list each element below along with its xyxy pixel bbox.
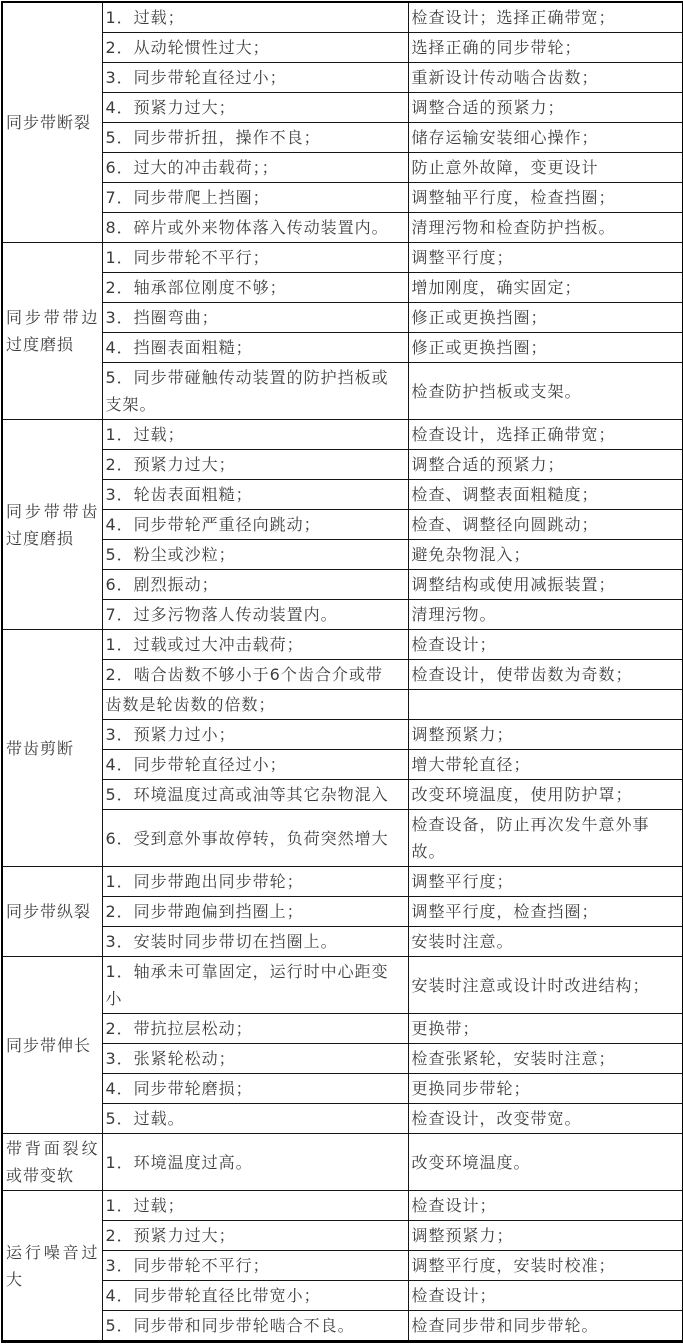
table-row: 4．挡圈表面粗糙；修正或更换挡圈； [2, 333, 683, 363]
remedy-cell: 检查设计，使带齿数为奇数； [408, 660, 683, 690]
remedy-cell: 改变环境温度，使用防护罩； [408, 780, 683, 810]
remedy-cell: 避免杂物混入； [408, 540, 683, 570]
remedy-cell: 更换带； [408, 1014, 683, 1044]
remedy-cell: 储存运输安装细心操作； [408, 123, 683, 153]
table-row: 5．过载。检查设计，改变带宽。 [2, 1104, 683, 1134]
table-row: 5．同步带和同步带轮啮合不良。检查同步带和同步带轮。 [2, 1311, 683, 1342]
remedy-cell: 修正或更换挡圈； [408, 333, 683, 363]
cause-cell: 2．同步带跑偏到挡圈上； [102, 897, 408, 927]
cause-cell: 4．预紧力过大； [102, 93, 408, 123]
table-row: 5．环境温度过高或油等其它杂物混入改变环境温度，使用防护罩； [2, 780, 683, 810]
table-row: 齿数是轮齿数的倍数； [2, 690, 683, 720]
remedy-cell: 检查设备，防止再次发牛意外事故。 [408, 810, 683, 867]
table-row: 6．剧烈振动；调整结构或使用减振装置； [2, 570, 683, 600]
table-row: 4．预紧力过大；调整合适的预紧力； [2, 93, 683, 123]
cause-cell: 2．预紧力过大； [102, 450, 408, 480]
cause-cell: 4．挡圈表面粗糙； [102, 333, 408, 363]
cause-cell: 5．同步带和同步带轮啮合不良。 [102, 1311, 408, 1342]
fault-mode-label: 带齿剪断 [2, 630, 102, 867]
cause-cell: 3．挡圈弯曲； [102, 303, 408, 333]
remedy-cell: 选择正确的同步带轮； [408, 33, 683, 63]
cause-cell: 3．同步带轮不平行； [102, 1251, 408, 1281]
table-row: 7．同步带爬上挡圈；调整轴平行度，检查挡圈； [2, 183, 683, 213]
remedy-cell: 检查、调整径向圆跳动； [408, 510, 683, 540]
remedy-cell: 调整预紧力； [408, 1221, 683, 1251]
cause-cell: 8．碎片或外来物体落入传动装置内。 [102, 213, 408, 243]
remedy-cell: 检查同步带和同步带轮。 [408, 1311, 683, 1342]
remedy-cell: 重新设计传动啮合齿数； [408, 63, 683, 93]
cause-cell: 5．同步带碰触传动装置的防护挡板或支架。 [102, 363, 408, 420]
remedy-cell: 改变环境温度。 [408, 1134, 683, 1191]
table-row: 6．过大的冲击载荷；；防止意外故障，变更设计 [2, 153, 683, 183]
table-row: 4．同步带轮严重径向跳动；检查、调整径向圆跳动； [2, 510, 683, 540]
remedy-cell: 调整合适的预紧力； [408, 93, 683, 123]
table-row: 4．同步带轮磨损；更换同步带轮； [2, 1074, 683, 1104]
remedy-cell: 调整平行度，检查挡圈； [408, 897, 683, 927]
cause-cell: 3．同步带轮直径过小； [102, 63, 408, 93]
cause-cell: 3．安装时同步带切在挡圈上。 [102, 927, 408, 957]
table-row: 2．预紧力过大；调整合适的预紧力； [2, 450, 683, 480]
table-row: 3．预紧力过小；调整预紧力； [2, 720, 683, 750]
table-row: 5．同步带折扭，操作不良；储存运输安装细心操作； [2, 123, 683, 153]
remedy-cell: 增大带轮直径； [408, 750, 683, 780]
remedy-cell: 安装时注意或设计时改进结构； [408, 957, 683, 1014]
remedy-cell: 清理污物。 [408, 600, 683, 630]
cause-cell: 5．过载。 [102, 1104, 408, 1134]
remedy-cell: 调整合适的预紧力； [408, 450, 683, 480]
cause-cell: 2．带抗拉层松动； [102, 1014, 408, 1044]
fault-mode-label: 同步带带齿过度磨损 [2, 420, 102, 630]
remedy-cell: 调整轴平行度，检查挡圈； [408, 183, 683, 213]
fault-table-body: 同步带断裂1．过载；检查设计；选择正确带宽；2．从动轮惯性过大；选择正确的同步带… [2, 2, 683, 1342]
cause-cell: 3．轮齿表面粗糙； [102, 480, 408, 510]
cause-cell: 2．轴承部位刚度不够； [102, 273, 408, 303]
table-row: 2．轴承部位刚度不够；增加刚度，确实固定； [2, 273, 683, 303]
table-row: 带背面裂纹或带变软1．环境温度过高。改变环境温度。 [2, 1134, 683, 1191]
table-row: 2．从动轮惯性过大；选择正确的同步带轮； [2, 33, 683, 63]
remedy-cell: 安装时注意。 [408, 927, 683, 957]
table-row: 3．同步带轮直径过小；重新设计传动啮合齿数； [2, 63, 683, 93]
table-row: 3．同步带轮不平行；调整平行度，安装时校准； [2, 1251, 683, 1281]
cause-cell: 4．同步带轮直径过小； [102, 750, 408, 780]
table-row: 同步带纵裂1．同步带跑出同步带轮；调整平行度； [2, 867, 683, 897]
cause-cell: 5．粉尘或沙粒； [102, 540, 408, 570]
remedy-cell: 检查、调整表面粗糙度； [408, 480, 683, 510]
cause-cell: 5．环境温度过高或油等其它杂物混入 [102, 780, 408, 810]
cause-cell: 1．同步带轮不平行； [102, 243, 408, 273]
remedy-cell: 调整平行度； [408, 867, 683, 897]
table-row: 同步带带齿过度磨损1．过载；检查设计，选择正确带宽； [2, 420, 683, 450]
remedy-cell: 修正或更换挡圈； [408, 303, 683, 333]
fault-mode-label: 同步带带边过度磨损 [2, 243, 102, 420]
table-row: 4．同步带轮直径过小；增大带轮直径； [2, 750, 683, 780]
cause-cell: 1．轴承未可靠固定，运行时中心距变小 [102, 957, 408, 1014]
remedy-cell: 检查张紧轮，安装时注意； [408, 1044, 683, 1074]
cause-cell: 齿数是轮齿数的倍数； [102, 690, 408, 720]
table-row: 5．粉尘或沙粒；避免杂物混入； [2, 540, 683, 570]
remedy-cell: 更换同步带轮； [408, 1074, 683, 1104]
cause-cell: 6．剧烈振动； [102, 570, 408, 600]
table-row: 同步带断裂1．过载；检查设计；选择正确带宽； [2, 2, 683, 33]
table-row: 8．碎片或外来物体落入传动装置内。清理污物和检查防护挡板。 [2, 213, 683, 243]
cause-cell: 1．过载； [102, 420, 408, 450]
table-row: 带齿剪断1．过载或过大冲击载荷；检查设计； [2, 630, 683, 660]
remedy-cell: 检查设计；选择正确带宽； [408, 2, 683, 33]
cause-cell: 3．预紧力过小； [102, 720, 408, 750]
fault-mode-label: 带背面裂纹或带变软 [2, 1134, 102, 1191]
remedy-cell: 检查设计； [408, 1281, 683, 1311]
cause-cell: 4．同步带轮严重径向跳动； [102, 510, 408, 540]
remedy-cell: 增加刚度，确实固定； [408, 273, 683, 303]
table-row: 7．过多污物落人传动装置内。清理污物。 [2, 600, 683, 630]
remedy-cell [408, 690, 683, 720]
remedy-cell: 调整平行度，安装时校准； [408, 1251, 683, 1281]
table-row: 运行噪音过大1．过载；检查设计； [2, 1191, 683, 1221]
fault-table: 同步带断裂1．过载；检查设计；选择正确带宽；2．从动轮惯性过大；选择正确的同步带… [1, 1, 683, 1343]
table-row: 6．受到意外事故停转，负荷突然增大检查设备，防止再次发牛意外事故。 [2, 810, 683, 867]
cause-cell: 6．受到意外事故停转，负荷突然增大 [102, 810, 408, 867]
remedy-cell: 防止意外故障，变更设计 [408, 153, 683, 183]
cause-cell: 6．过大的冲击载荷；； [102, 153, 408, 183]
cause-cell: 1．同步带跑出同步带轮； [102, 867, 408, 897]
cause-cell: 4．同步带轮直径比带宽小； [102, 1281, 408, 1311]
page: 同步带断裂1．过载；检查设计；选择正确带宽；2．从动轮惯性过大；选择正确的同步带… [0, 0, 683, 1344]
table-row: 5．同步带碰触传动装置的防护挡板或支架。检查防护挡板或支架。 [2, 363, 683, 420]
remedy-cell: 检查设计； [408, 630, 683, 660]
table-row: 同步带伸长1．轴承未可靠固定，运行时中心距变小安装时注意或设计时改进结构； [2, 957, 683, 1014]
cause-cell: 2．从动轮惯性过大； [102, 33, 408, 63]
remedy-cell: 调整预紧力； [408, 720, 683, 750]
table-row: 3．挡圈弯曲；修正或更换挡圈； [2, 303, 683, 333]
remedy-cell: 清理污物和检查防护挡板。 [408, 213, 683, 243]
table-row: 3．轮齿表面粗糙；检查、调整表面粗糙度； [2, 480, 683, 510]
table-row: 2．同步带跑偏到挡圈上；调整平行度，检查挡圈； [2, 897, 683, 927]
remedy-cell: 调整平行度； [408, 243, 683, 273]
cause-cell: 4．同步带轮磨损； [102, 1074, 408, 1104]
cause-cell: 1．过载； [102, 1191, 408, 1221]
cause-cell: 5．同步带折扭，操作不良； [102, 123, 408, 153]
cause-cell: 1．过载或过大冲击载荷； [102, 630, 408, 660]
fault-mode-label: 同步带纵裂 [2, 867, 102, 957]
cause-cell: 1．环境温度过高。 [102, 1134, 408, 1191]
cause-cell: 7．同步带爬上挡圈； [102, 183, 408, 213]
table-row: 2．啮合齿数不够小于6个齿合介或带检查设计，使带齿数为奇数； [2, 660, 683, 690]
remedy-cell: 检查防护挡板或支架。 [408, 363, 683, 420]
remedy-cell: 检查设计，选择正确带宽； [408, 420, 683, 450]
cause-cell: 7．过多污物落人传动装置内。 [102, 600, 408, 630]
remedy-cell: 检查设计，改变带宽。 [408, 1104, 683, 1134]
table-row: 4．同步带轮直径比带宽小；检查设计； [2, 1281, 683, 1311]
table-row: 2．预紧力过大；调整预紧力； [2, 1221, 683, 1251]
cause-cell: 1．过载； [102, 2, 408, 33]
cause-cell: 2．预紧力过大； [102, 1221, 408, 1251]
cause-cell: 3．张紧轮松动； [102, 1044, 408, 1074]
fault-mode-label: 运行噪音过大 [2, 1191, 102, 1342]
remedy-cell: 检查设计； [408, 1191, 683, 1221]
table-row: 3．安装时同步带切在挡圈上。安装时注意。 [2, 927, 683, 957]
fault-mode-label: 同步带断裂 [2, 2, 102, 243]
cause-cell: 2．啮合齿数不够小于6个齿合介或带 [102, 660, 408, 690]
remedy-cell: 调整结构或使用减振装置； [408, 570, 683, 600]
fault-mode-label: 同步带伸长 [2, 957, 102, 1134]
table-row: 同步带带边过度磨损1．同步带轮不平行；调整平行度； [2, 243, 683, 273]
table-row: 3．张紧轮松动；检查张紧轮，安装时注意； [2, 1044, 683, 1074]
table-row: 2．带抗拉层松动；更换带； [2, 1014, 683, 1044]
